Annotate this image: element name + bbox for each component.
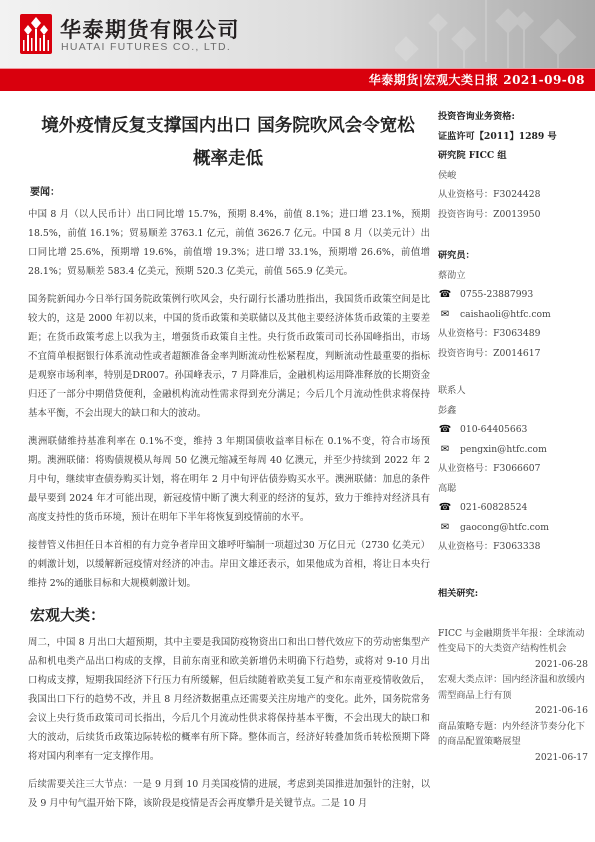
related-research: 相关研究: FICC 与金融期货半年报：全球流动性变局下的大类资产结构性机会 2…	[438, 584, 588, 765]
mail-icon: ✉	[438, 440, 452, 460]
related-title[interactable]: 商品策略专题：内外经济节奏分化下的商品配置策略展望	[438, 719, 588, 750]
page-header: 华泰期货有限公司 HUATAI FUTURES CO., LTD.	[0, 0, 595, 68]
related-date: 2021-06-16	[438, 703, 588, 719]
highlights-body: 中国 8 月（以人民币计）出口同比增 15.7%，预期 8.4%，前值 8.1%…	[28, 205, 430, 602]
lead-advisory-no: 投资咨询号：Z0013950	[438, 205, 588, 225]
decorative-diamond-pattern	[395, 0, 595, 68]
lead-practice-no: 从业资格号：F3024428	[438, 185, 588, 205]
related-title[interactable]: FICC 与金融期货半年报：全球流动性变局下的大类资产结构性机会	[438, 626, 588, 657]
phone-icon: ☎	[438, 285, 452, 305]
contact-email-row: ✉pengxin@htfc.com	[438, 440, 588, 460]
contact-name: 高聪	[438, 479, 588, 499]
contact-email-row: ✉gaocong@htfc.com	[438, 518, 588, 538]
macro-heading: 宏观大类：	[30, 604, 105, 625]
related-item[interactable]: 宏观大类点评：国内经济温和放缓内需型商品上行有顶 2021-06-16	[438, 672, 588, 719]
lead-analyst-name: 侯峻	[438, 166, 588, 186]
mail-icon: ✉	[438, 518, 452, 538]
title-line-1: 境外疫情反复支撑国内出口 国务院吹风会令宽松	[28, 110, 428, 143]
contacts-label: 联系人	[438, 381, 588, 401]
researcher-phone-row: ☎0755-23887993	[438, 285, 588, 305]
contact-practice-no: 从业资格号：F3063338	[438, 537, 588, 557]
related-date: 2021-06-17	[438, 750, 588, 766]
company-name-en: HUATAI FUTURES CO., LTD.	[61, 41, 231, 53]
researcher-email[interactable]: caishaoli@htfc.com	[460, 309, 551, 320]
contact-name: 彭鑫	[438, 401, 588, 421]
report-tag: 华泰期货|宏观大类日报 2021-09-08	[369, 71, 585, 88]
related-date: 2021-06-28	[438, 657, 588, 673]
contact-phone: 021-60828524	[460, 502, 527, 513]
paragraph: 澳洲联储维持基准利率在 0.1%不变，维持 3 年期国债收益率目标在 0.1%不…	[28, 432, 430, 527]
company-name-cn: 华泰期货有限公司	[60, 14, 240, 44]
research-group: 研究院 FICC 组	[438, 146, 588, 166]
researchers-label: 研究员：	[438, 246, 588, 266]
qualification-label: 投资咨询业务资格:	[438, 107, 588, 127]
related-label: 相关研究:	[438, 584, 588, 604]
phone-icon: ☎	[438, 420, 452, 440]
contact-phone-row: ☎021-60828524	[438, 498, 588, 518]
researcher-phone: 0755-23887993	[460, 289, 533, 300]
paragraph: 接替管义伟担任日本首相的有力竞争者岸田文雄呼吁编制一项超过30 万亿日元（273…	[28, 536, 430, 593]
related-item[interactable]: FICC 与金融期货半年报：全球流动性变局下的大类资产结构性机会 2021-06…	[438, 626, 588, 673]
paragraph: 中国 8 月（以人民币计）出口同比增 15.7%，预期 8.4%，前值 8.1%…	[28, 205, 430, 281]
paragraph: 后续需要关注三大节点：一是 9 月到 10 月美国疫情的进展，考虑到美国推进加强…	[28, 775, 430, 813]
researcher-name: 蔡劭立	[438, 266, 588, 286]
contact-phone-row: ☎010-64405663	[438, 420, 588, 440]
contact-phone: 010-64405663	[460, 424, 527, 435]
related-item[interactable]: 商品策略专题：内外经济节奏分化下的商品配置策略展望 2021-06-17	[438, 719, 588, 766]
mail-icon: ✉	[438, 305, 452, 325]
macro-body: 周二，中国 8 月出口大超预期，其中主要是我国防疫物资出口和出口替代效应下的劳动…	[28, 633, 430, 822]
analyst-sidebar: 投资咨询业务资格: 证监许可【2011】1289 号 研究院 FICC 组 侯峻…	[438, 107, 588, 557]
related-title[interactable]: 宏观大类点评：国内经济温和放缓内需型商品上行有顶	[438, 672, 588, 703]
contact-email[interactable]: gaocong@htfc.com	[460, 522, 549, 533]
researcher-email-row: ✉caishaoli@htfc.com	[438, 305, 588, 325]
contact-practice-no: 从业资格号：F3066607	[438, 459, 588, 479]
report-title: 境外疫情反复支撑国内出口 国务院吹风会令宽松 概率走低	[28, 110, 428, 176]
paragraph: 国务院新闻办今日举行国务院政策例行吹风会，央行副行长潘功胜指出，我国货币政策空间…	[28, 290, 430, 423]
contact-email[interactable]: pengxin@htfc.com	[460, 444, 547, 455]
license-number: 证监许可【2011】1289 号	[438, 127, 588, 147]
phone-icon: ☎	[438, 498, 452, 518]
title-line-2: 概率走低	[28, 143, 428, 176]
researcher-advisory-no: 投资咨询号：Z0014617	[438, 344, 588, 364]
huatai-logo-icon	[20, 14, 52, 54]
researcher-practice-no: 从业资格号：F3063489	[438, 324, 588, 344]
highlights-heading: 要闻：	[30, 183, 60, 198]
paragraph: 周二，中国 8 月出口大超预期，其中主要是我国防疫物资出口和出口替代效应下的劳动…	[28, 633, 430, 766]
